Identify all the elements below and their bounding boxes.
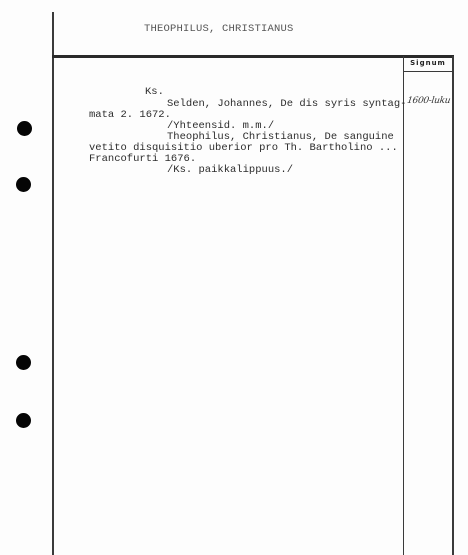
punch-hole-3 — [16, 355, 31, 370]
left-margin-rule — [52, 12, 54, 555]
reference-entry-2-note: /Ks. paikkalippuus./ — [167, 165, 293, 176]
punch-hole-1 — [17, 121, 32, 136]
card-heading: THEOPHILUS, CHRISTIANUS — [144, 23, 294, 35]
signum-label-rule — [403, 71, 453, 72]
see-reference: Ks. — [145, 87, 164, 98]
reference-entry-1-line-1: Selden, Johannes, De dis syris syntag- — [167, 99, 406, 110]
punch-hole-4 — [16, 413, 31, 428]
reference-entry-1-line-2: mata 2. 1672. — [89, 110, 171, 121]
signum-value: 1600-luku — [406, 96, 451, 106]
punch-hole-2 — [16, 177, 31, 192]
catalog-card: THEOPHILUS, CHRISTIANUS Signum 1600-luku… — [0, 0, 468, 555]
header-rule — [52, 55, 454, 58]
signum-label: Signum — [404, 59, 452, 67]
signum-column-left-rule — [403, 56, 404, 555]
signum-column-right-rule — [452, 56, 454, 555]
